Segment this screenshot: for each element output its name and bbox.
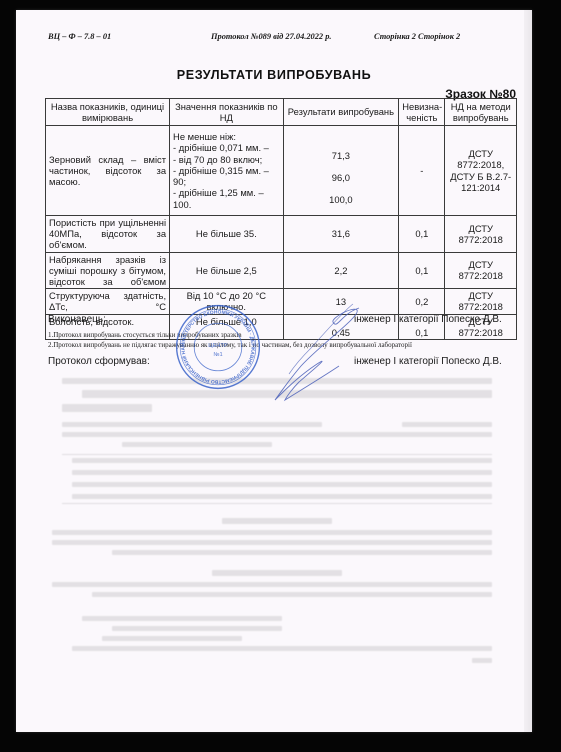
note-2: 2.Протокол випробувань не підлягає тираж… — [48, 341, 412, 351]
uncertainty: 0,1 — [399, 216, 445, 253]
column-header-results: Результати випробувань — [283, 99, 399, 126]
results-table: Назва показників, одиниці вимірювань Зна… — [45, 98, 517, 340]
indicator-name: Структуруюча здатність, ΔТс, °С — [46, 289, 170, 314]
norm-line: - дрібніше 0,315 мм. – 90; — [173, 165, 280, 187]
column-header-norm: Значення показників по НД — [170, 99, 284, 126]
formed-by-name: інженер І категорії Попеско Д.В. — [354, 356, 502, 367]
indicator-name: Зерновий склад – вміст частинок, відсото… — [46, 126, 170, 216]
table-header-row: Назва показників, одиниці вимірювань Зна… — [46, 99, 517, 126]
norm-value: Не менше ніж: - дрібніше 0,071 мм. – - в… — [170, 126, 284, 216]
reverse-side-bleed-through — [16, 370, 532, 730]
table-row: Зерновий склад – вміст частинок, відсото… — [46, 126, 517, 216]
protocol-notes: 1.Протокол випробувань стосується тільки… — [48, 331, 412, 350]
column-header-uncertainty: Невизна-ченість — [399, 99, 445, 126]
norm-line: - дрібніше 0,071 мм. – — [173, 142, 280, 153]
table-row: Структуруюча здатність, ΔТс, °С Від 10 °… — [46, 289, 517, 314]
column-header-name: Назва показників, одиниці вимірювань — [46, 99, 170, 126]
document-title: РЕЗУЛЬТАТИ ВИПРОБУВАНЬ — [16, 68, 532, 82]
result-value: 71,3 — [332, 150, 350, 161]
test-method: ДСТУ 8772:2018 — [445, 252, 517, 289]
document-page: ВЦ – Ф – 7.8 – 01 Протокол №089 від 27.0… — [16, 10, 532, 732]
page-counter: Сторінка 2 Сторінок 2 — [374, 32, 460, 41]
uncertainty: 0,2 — [399, 289, 445, 314]
uncertainty: - — [399, 126, 445, 216]
paper-edge — [524, 10, 532, 732]
result-value: 96,0 — [332, 172, 350, 183]
norm-value: Від 10 °С до 20 °С включно. — [170, 289, 284, 314]
norm-line: - від 70 до 80 включ; — [173, 154, 280, 165]
table-row: Пористість при ущільненні 40МПа, відсото… — [46, 216, 517, 253]
indicator-name: Пористість при ущільненні 40МПа, відсото… — [46, 216, 170, 253]
test-method: ДСТУ 8772:2018 — [445, 289, 517, 314]
formed-by-label: Протокол сформував: — [48, 356, 150, 367]
note-1: 1.Протокол випробувань стосується тільки… — [48, 331, 412, 341]
test-result: 2,2 — [283, 252, 399, 289]
stamp-number: №1 — [213, 352, 222, 358]
norm-value: Не більше 35. — [170, 216, 284, 253]
norm-line: - дрібніше 1,25 мм. – 100. — [173, 187, 280, 209]
norm-value: Не більше 2,5 — [170, 252, 284, 289]
executor-label: Виконавець: — [48, 314, 106, 325]
protocol-number-date: Протокол №089 від 27.04.2022 р. — [211, 32, 331, 41]
test-result: 31,6 — [283, 216, 399, 253]
result-value: 100,0 — [329, 194, 352, 205]
test-method: ДСТУ 8772:2018 — [445, 216, 517, 253]
test-result: 13 — [283, 289, 399, 314]
table-row: Набрякання зразків із суміші порошку з б… — [46, 252, 517, 289]
test-method: ДСТУ 8772:2018, ДСТУ Б В.2.7-121:2014 — [445, 126, 517, 216]
executor-name: інженер І категорії Попеско Д.В. — [354, 314, 502, 325]
indicator-name: Набрякання зразків із суміші порошку з б… — [46, 252, 170, 289]
form-code: ВЦ – Ф – 7.8 – 01 — [48, 32, 111, 41]
uncertainty: 0,1 — [399, 252, 445, 289]
norm-line: Не менше ніж: — [173, 131, 280, 142]
test-result: 71,3 96,0 100,0 — [283, 126, 399, 216]
column-header-method: НД на методи випробувань — [445, 99, 517, 126]
